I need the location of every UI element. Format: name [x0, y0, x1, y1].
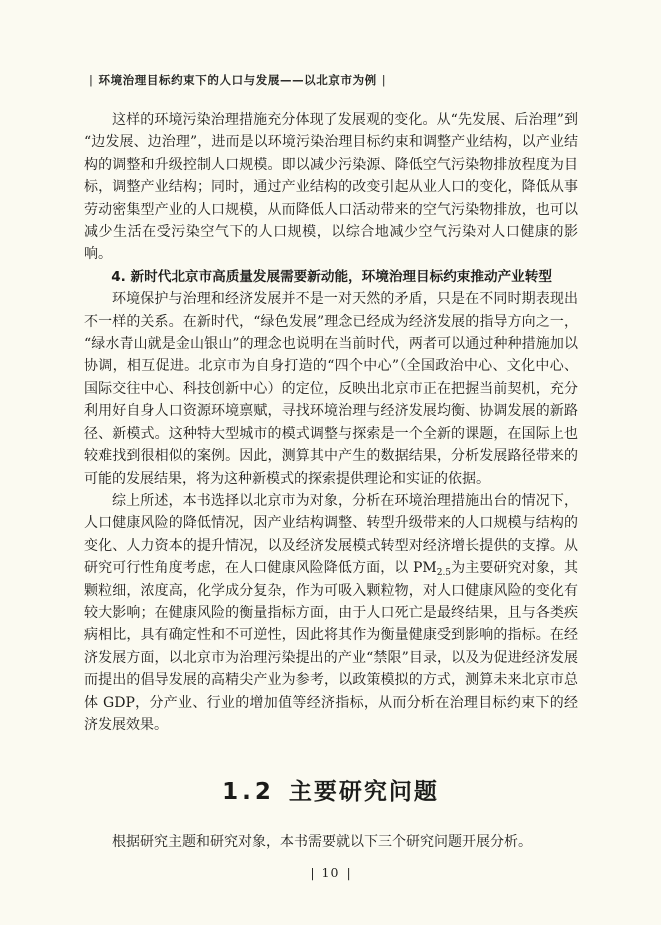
section-number: 1.2	[222, 779, 275, 805]
paragraph-4: 根据研究主题和研究对象，本书需要就以下三个研究问题开展分析。	[84, 831, 578, 853]
footer-close-bar: |	[339, 865, 357, 880]
section-title: 主要研究问题	[289, 779, 439, 805]
header-open-bar: |	[84, 73, 98, 87]
footer-open-bar: |	[303, 865, 321, 880]
paragraph-2: 环境保护与治理和经济发展并不是一对天然的矛盾，只是在不同时期表现出不一样的关系。…	[84, 288, 578, 490]
running-header-title: 环境治理目标约束下的人口与发展——以北京市为例	[98, 73, 376, 87]
page-number: 10	[322, 865, 340, 880]
book-page: |环境治理目标约束下的人口与发展——以北京市为例| 这样的环境污染治理措施充分体…	[0, 0, 661, 925]
section-heading: 1.2主要研究问题	[0, 773, 661, 806]
closing-paragraph-block: 根据研究主题和研究对象，本书需要就以下三个研究问题开展分析。	[84, 831, 578, 853]
paragraph-3-text-cont: 为主要研究对象，其颗粒细，浓度高，化学成分复杂，作为可吸入颗粒物，对人口健康风险…	[84, 560, 578, 733]
paragraph-1: 这样的环境污染治理措施充分体现了发展观的变化。从“先发展、后治理”到“边发展、边…	[84, 109, 578, 266]
pm25-subscript: 2.5	[437, 568, 451, 578]
paragraph-3: 综上所述，本书选择以北京市为对象，分析在环境治理措施出台的情况下，人口健康风险的…	[84, 490, 578, 736]
subsection-heading-4: 4. 新时代北京市高质量发展需要新动能，环境治理目标约束推动产业转型	[84, 266, 578, 288]
header-close-bar: |	[377, 73, 391, 87]
running-header: |环境治理目标约束下的人口与发展——以北京市为例|	[84, 72, 661, 88]
page-footer: |10|	[0, 865, 661, 880]
page-body: 这样的环境污染治理措施充分体现了发展观的变化。从“先发展、后治理”到“边发展、边…	[84, 109, 578, 736]
